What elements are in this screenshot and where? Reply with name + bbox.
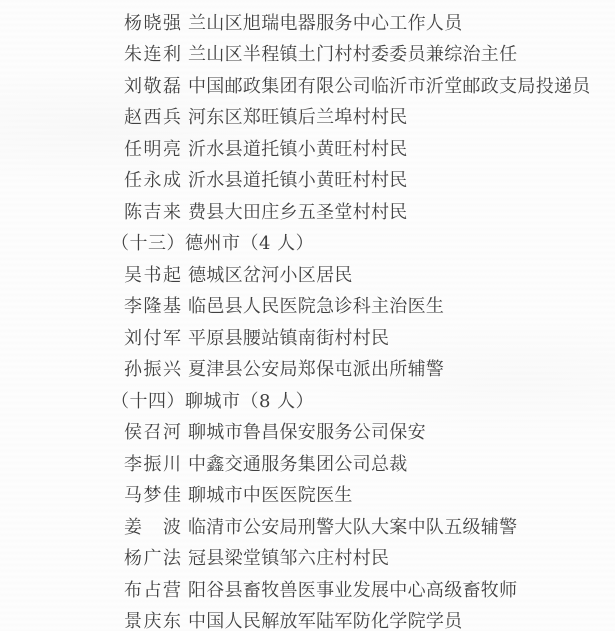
person-name: 吴书起 xyxy=(124,261,188,287)
list-item: 李隆基 临邑县人民医院急诊科主治医生 xyxy=(0,290,615,322)
person-name: 景庆东 xyxy=(124,607,188,631)
person-name: 布占营 xyxy=(124,576,188,602)
person-description: 平原县腰站镇南街村村民 xyxy=(188,324,389,350)
list-item: 孙振兴 夏津县公安局郑保屯派出所辅警 xyxy=(0,353,615,385)
person-name: 姜 波 xyxy=(124,513,188,539)
person-description: 中鑫交通服务集团公司总裁 xyxy=(188,450,408,476)
person-name: 李振川 xyxy=(124,450,188,476)
list-item: 吴书起 德城区岔河小区居民 xyxy=(0,258,615,290)
person-name: 陈吉来 xyxy=(124,198,188,224)
list-item: 朱连利 兰山区半程镇土门村村委委员兼综治主任 xyxy=(0,38,615,70)
list-item: 赵西兵 河东区郑旺镇后兰埠村村民 xyxy=(0,101,615,133)
list-item: 马梦佳 聊城市中医医院医生 xyxy=(0,479,615,511)
person-name: 李隆基 xyxy=(124,292,188,318)
person-description: 冠县梁堂镇邹六庄村村民 xyxy=(188,544,389,570)
person-description: 聊城市鲁昌保安服务公司保安 xyxy=(188,418,426,444)
list-item: 任明亮 沂水县道托镇小黄旺村村民 xyxy=(0,132,615,164)
person-description: 沂水县道托镇小黄旺村村民 xyxy=(188,135,408,161)
list-item: 景庆东 中国人民解放军陆军防化学院学员 xyxy=(0,605,615,631)
person-description: 沂水县道托镇小黄旺村村民 xyxy=(188,166,408,192)
section-label: （十四）聊城市（8 人） xyxy=(111,387,314,413)
list-item: 任永成 沂水县道托镇小黄旺村村民 xyxy=(0,164,615,196)
person-name: 孙振兴 xyxy=(124,355,188,381)
person-description: 德城区岔河小区居民 xyxy=(188,261,353,287)
name-list: 杨晓强 兰山区旭瑞电器服务中心工作人员 朱连利 兰山区半程镇土门村村委委员兼综治… xyxy=(0,0,615,631)
person-description: 夏津县公安局郑保屯派出所辅警 xyxy=(188,355,444,381)
person-description: 费县大田庄乡五圣堂村村民 xyxy=(188,198,408,224)
person-name: 刘付军 xyxy=(124,324,188,350)
person-name: 赵西兵 xyxy=(124,103,188,129)
section-label: （十三）德州市（4 人） xyxy=(111,229,314,255)
person-description: 中国邮政集团有限公司临沂市沂堂邮政支局投递员 xyxy=(188,72,591,98)
person-name: 侯召河 xyxy=(124,418,188,444)
person-name: 任明亮 xyxy=(124,135,188,161)
list-item: 杨广法 冠县梁堂镇邹六庄村村民 xyxy=(0,542,615,574)
list-item: 刘敬磊 中国邮政集团有限公司临沂市沂堂邮政支局投递员 xyxy=(0,69,615,101)
person-name: 朱连利 xyxy=(124,40,188,66)
list-item: 布占营 阳谷县畜牧兽医事业发展中心高级畜牧师 xyxy=(0,573,615,605)
list-item: 刘付军 平原县腰站镇南街村村民 xyxy=(0,321,615,353)
list-item: 陈吉来 费县大田庄乡五圣堂村村民 xyxy=(0,195,615,227)
person-name: 刘敬磊 xyxy=(124,72,188,98)
person-name: 杨晓强 xyxy=(124,9,188,35)
person-name: 杨广法 xyxy=(124,544,188,570)
person-name: 任永成 xyxy=(124,166,188,192)
person-description: 兰山区半程镇土门村村委委员兼综治主任 xyxy=(188,40,517,66)
person-description: 河东区郑旺镇后兰埠村村民 xyxy=(188,103,408,129)
person-description: 中国人民解放军陆军防化学院学员 xyxy=(188,607,463,631)
person-description: 兰山区旭瑞电器服务中心工作人员 xyxy=(188,9,463,35)
person-description: 临清市公安局刑警大队大案中队五级辅警 xyxy=(188,513,517,539)
list-item: 李振川 中鑫交通服务集团公司总裁 xyxy=(0,447,615,479)
person-description: 阳谷县畜牧兽医事业发展中心高级畜牧师 xyxy=(188,576,517,602)
list-item: 侯召河 聊城市鲁昌保安服务公司保安 xyxy=(0,416,615,448)
person-description: 聊城市中医医院医生 xyxy=(188,481,353,507)
person-name: 马梦佳 xyxy=(124,481,188,507)
section-heading: （十三）德州市（4 人） xyxy=(0,227,615,259)
list-item: 杨晓强 兰山区旭瑞电器服务中心工作人员 xyxy=(0,6,615,38)
section-heading: （十四）聊城市（8 人） xyxy=(0,384,615,416)
document-page: 杨晓强 兰山区旭瑞电器服务中心工作人员 朱连利 兰山区半程镇土门村村委委员兼综治… xyxy=(0,0,615,631)
list-item: 姜 波 临清市公安局刑警大队大案中队五级辅警 xyxy=(0,510,615,542)
person-description: 临邑县人民医院急诊科主治医生 xyxy=(188,292,444,318)
